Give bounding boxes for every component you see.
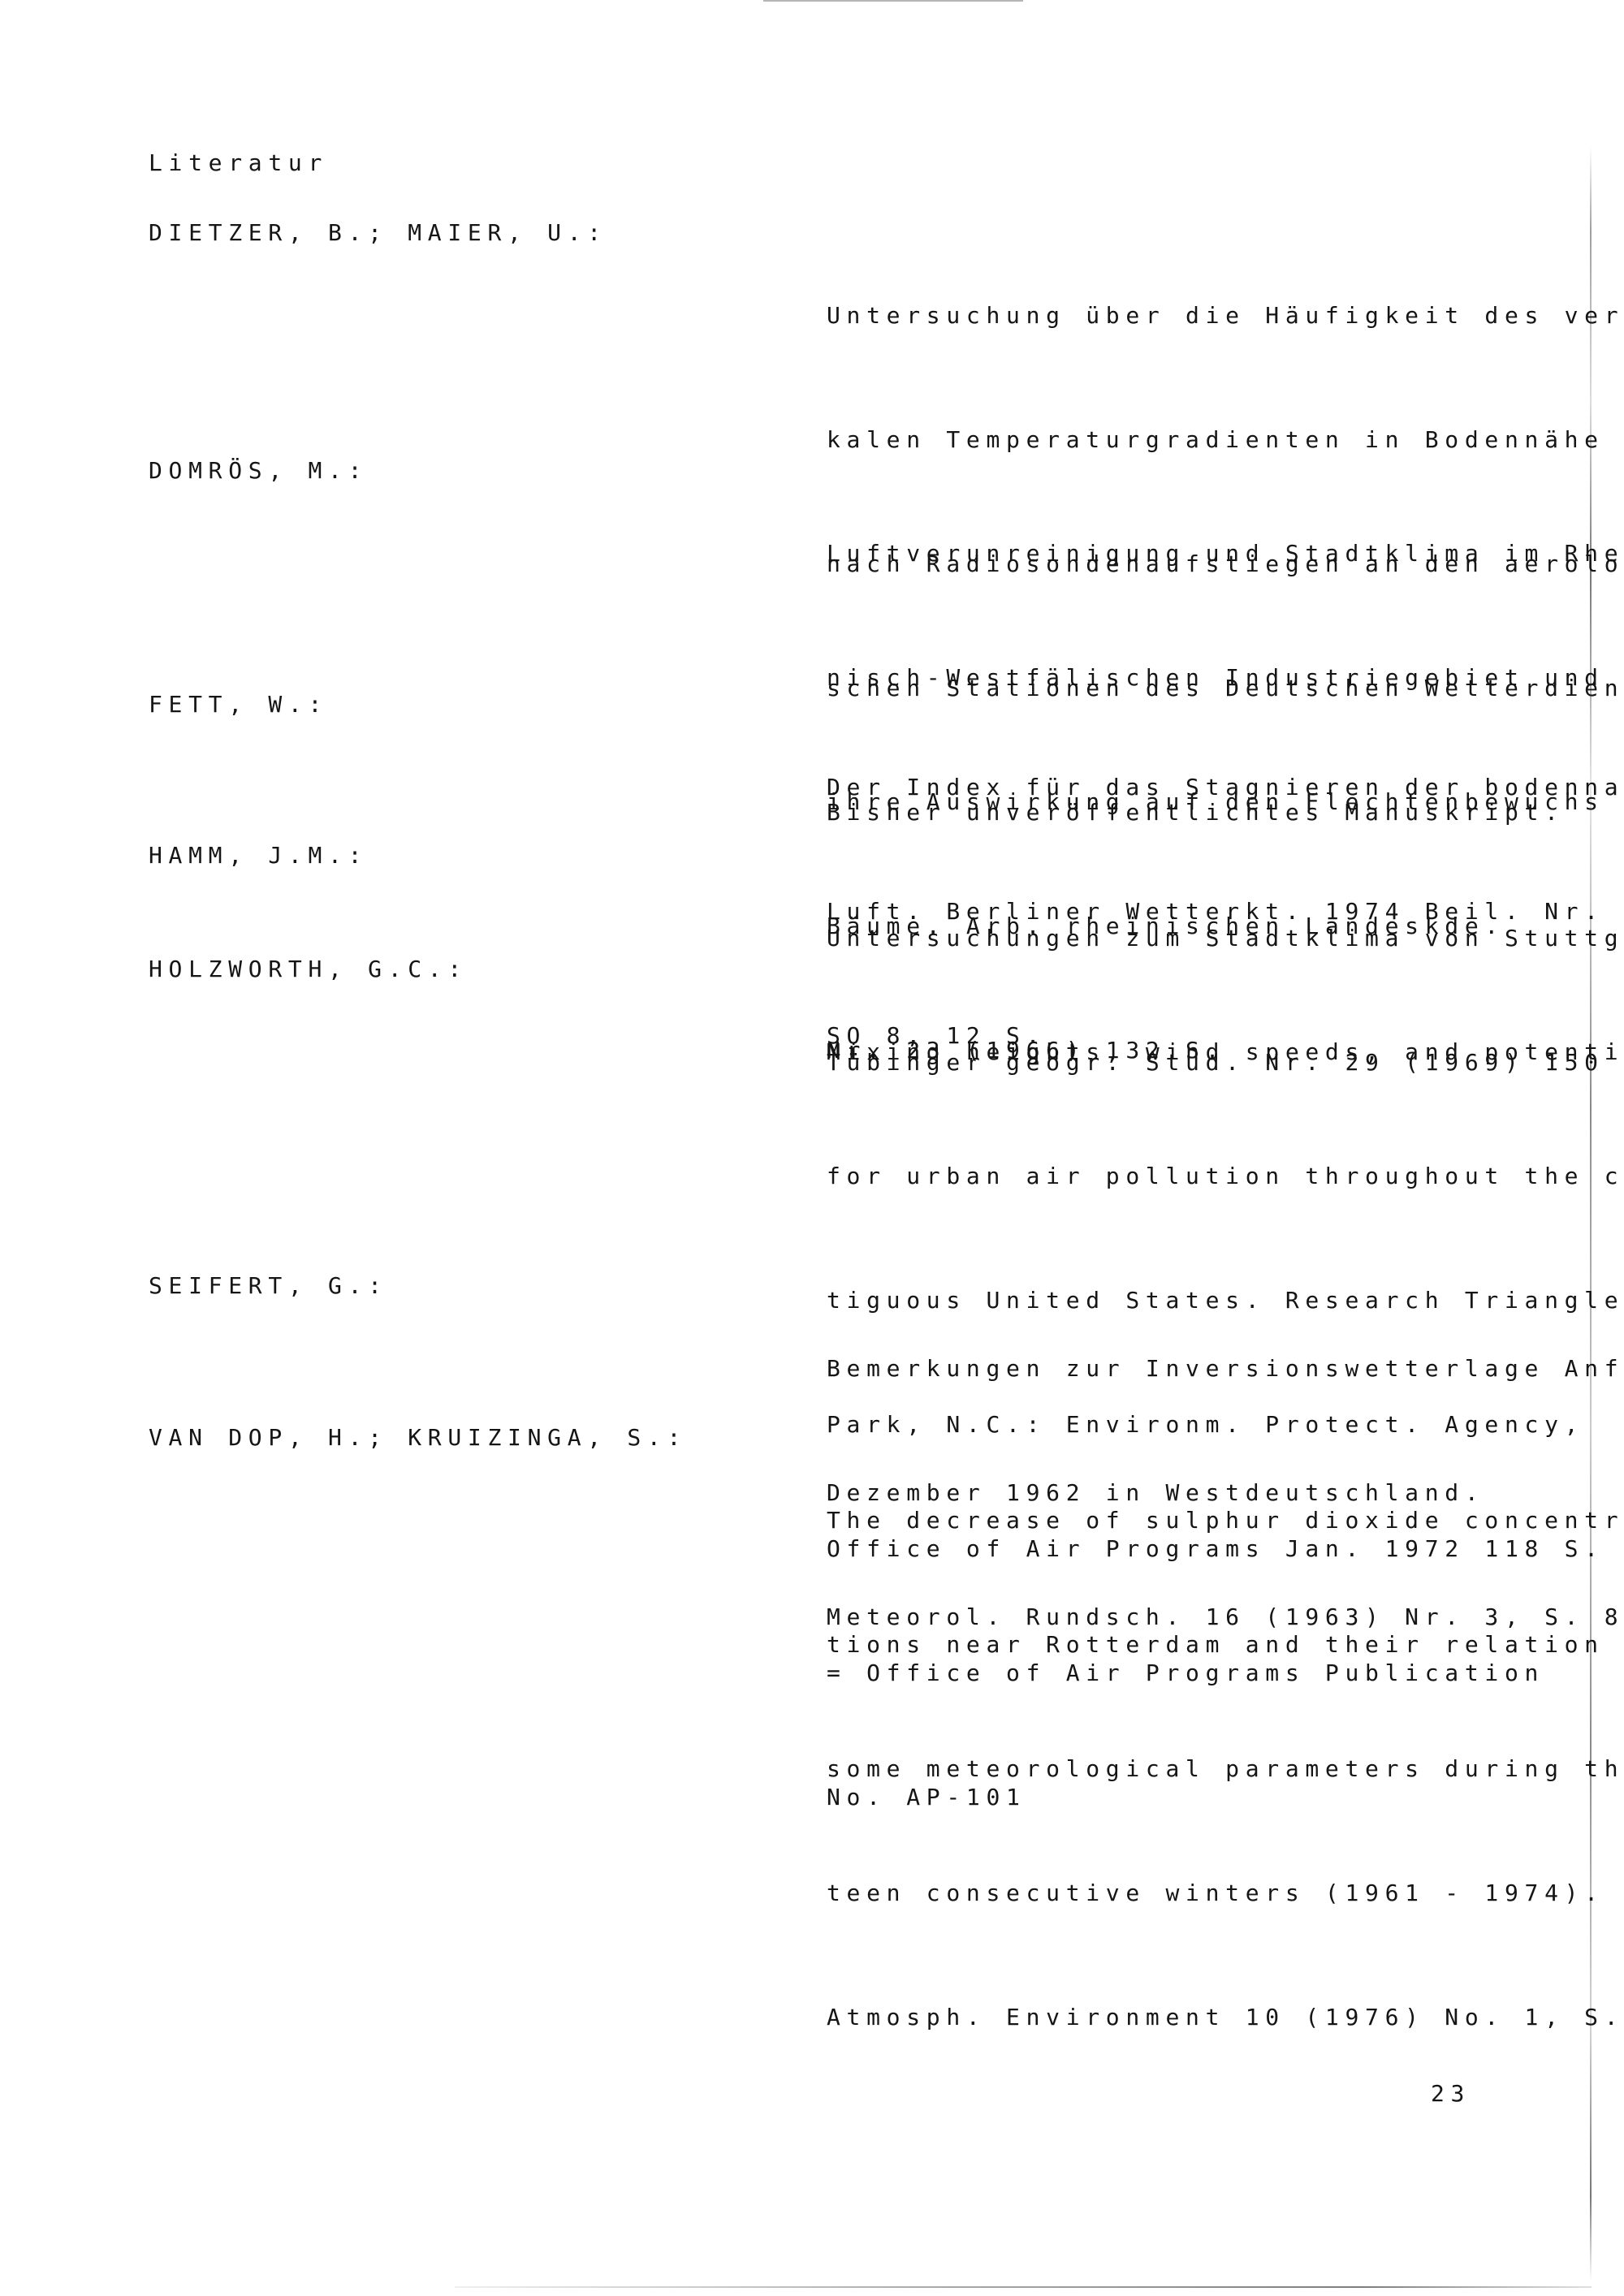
reference-author: VAN DOP, H.; KRUIZINGA, S.: [149, 1417, 687, 1458]
reference-line: Der Index für das Stagnieren der bodenna… [827, 766, 1624, 808]
reference-line: some meteorological parameters during th… [827, 1748, 1624, 1789]
scan-artifact-top [763, 0, 1023, 2]
reference-line: Luftverunreinigung und Stadtklima im Rhe… [827, 533, 1624, 574]
reference-line: Untersuchung über die Häufigkeit des ver… [827, 295, 1624, 336]
reference-line: tions near Rotterdam and their relation … [827, 1624, 1624, 1665]
scan-artifact-bottom [455, 2286, 1592, 2288]
section-heading: Literatur [149, 142, 328, 183]
reference-line: The decrease of sulphur dioxide concentr… [827, 1500, 1624, 1541]
reference-author: FETT, W.: [149, 684, 328, 725]
reference-author: HAMM, J.M.: [149, 835, 368, 876]
reference-author: SEIFERT, G.: [149, 1265, 388, 1306]
reference-line: Bemerkungen zur Inversionswetterlage Anf… [827, 1348, 1624, 1389]
reference-text: The decrease of sulphur dioxide concentr… [827, 1417, 1624, 2121]
reference-line: teen consecutive winters (1961 - 1974). [827, 1872, 1624, 1914]
reference-author: DOMRÖS, M.: [149, 450, 368, 491]
reference-author: HOLZWORTH, G.C.: [149, 948, 468, 990]
reference-line: Mixing heights, wind speeds, and potenti… [827, 1031, 1624, 1072]
page-number: 23 [1431, 2073, 1471, 2114]
reference-line: Atmosph. Environment 10 (1976) No. 1, S.… [827, 1996, 1624, 2038]
reference-author: DIETZER, B.; MAIER, U.: [149, 212, 607, 253]
document-page: Literatur DIETZER, B.; MAIER, U.: Unters… [0, 0, 1624, 2296]
reference-line: for urban air pollution throughout the c… [827, 1155, 1624, 1197]
